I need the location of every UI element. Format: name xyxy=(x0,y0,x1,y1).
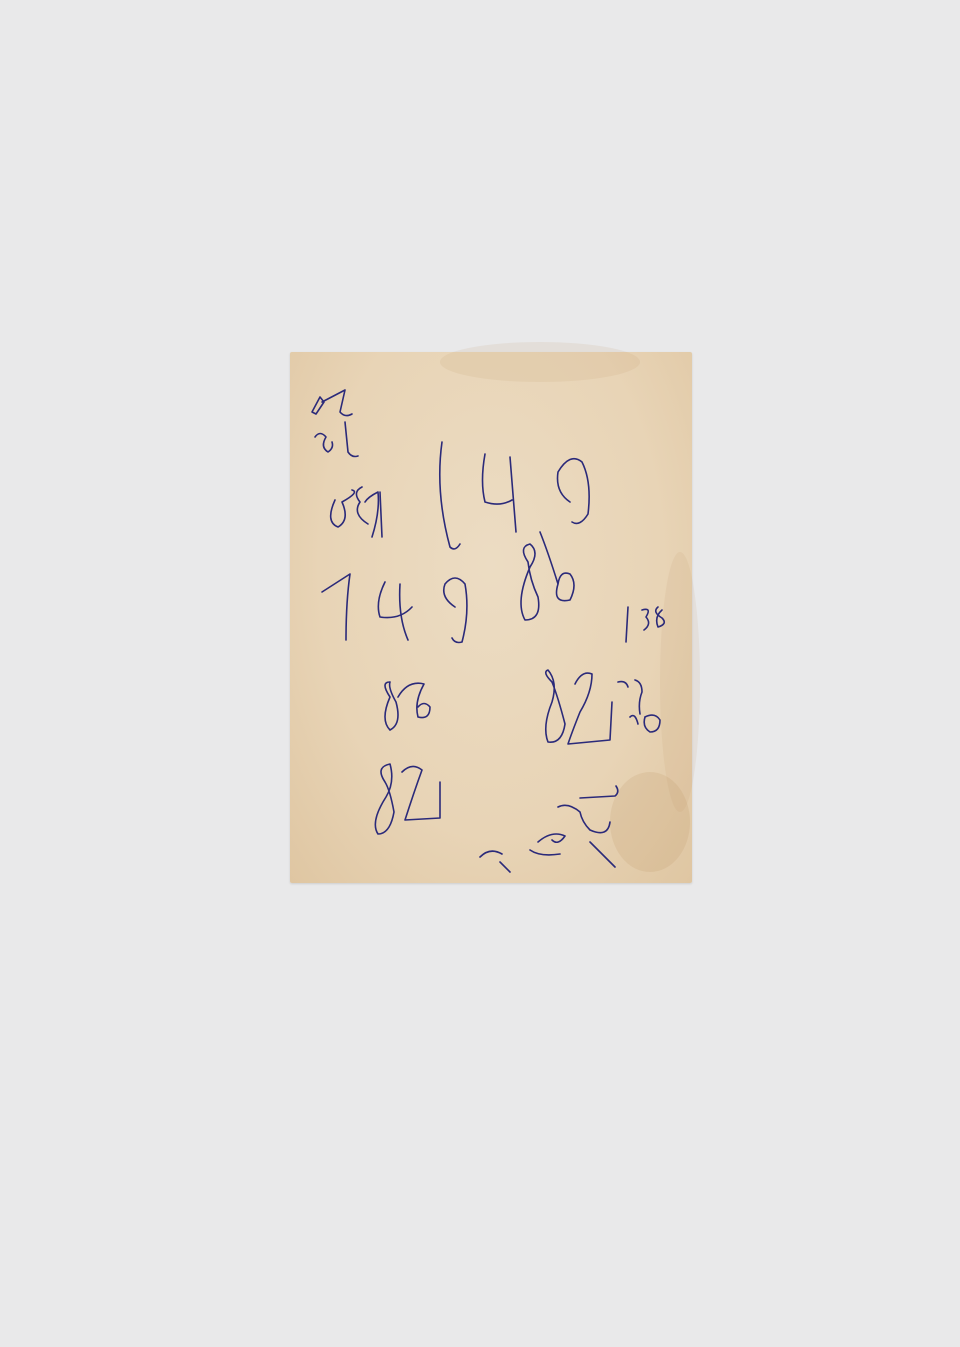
handwriting-ink xyxy=(290,352,692,883)
aged-paper-card xyxy=(290,352,692,883)
